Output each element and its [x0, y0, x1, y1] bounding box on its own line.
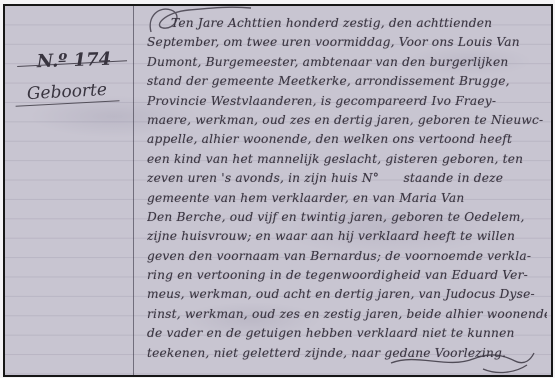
text-line: zijne huisvrouw; en waar aan hij verklaa…	[147, 227, 547, 246]
text-line: maere, werkman, oud zes en dertig jaren,…	[147, 111, 547, 130]
text-line: teekenen, niet geletterd zijnde, naar ge…	[147, 344, 547, 363]
text-line: meus, werkman, oud acht en dertig jaren,…	[147, 285, 547, 304]
text-line: stand der gemeente Meetkerke, arrondisse…	[147, 72, 547, 91]
text-line: appelle, alhier woonende, den welken ons…	[147, 130, 547, 149]
document-scan: N.º 174 Geboorte Ten Jare Achttien honde…	[3, 4, 553, 377]
text-line: Ten Jare Achttien honderd zestig, den ac…	[147, 14, 547, 33]
text-line: rinst, werkman, oud zes en zestig jaren,…	[147, 305, 547, 324]
text-line: geven den voornaam van Bernardus; de voo…	[147, 247, 547, 266]
text-line: Dumont, Burgemeester, ambtenaar van den …	[147, 53, 547, 72]
text-line: zeven uren 's avonds, in zijn huis N° st…	[147, 169, 547, 188]
text-line: ring en vertooning in de tegenwoordighei…	[147, 266, 547, 285]
act-number: N.º 174	[31, 49, 118, 73]
scanned-birth-record: N.º 174 Geboorte Ten Jare Achttien honde…	[0, 0, 555, 378]
text-line: een kind van het mannelijk geslacht, gis…	[147, 150, 547, 169]
margin-column: N.º 174 Geboorte	[5, 6, 134, 375]
act-text-body: Ten Jare Achttien honderd zestig, den ac…	[139, 14, 547, 373]
text-line: de vader en de getuigen hebben verklaard…	[147, 324, 547, 343]
act-type-label: Geboorte	[14, 79, 119, 106]
text-line: September, om twee uren voormiddag, Voor…	[147, 33, 547, 52]
text-line: gemeente van hem verklaarder, en van Mar…	[147, 189, 547, 208]
text-line: Den Berche, oud vijf en twintig jaren, g…	[147, 208, 547, 227]
text-line: Provincie Westvlaanderen, is gecompareer…	[147, 92, 547, 111]
